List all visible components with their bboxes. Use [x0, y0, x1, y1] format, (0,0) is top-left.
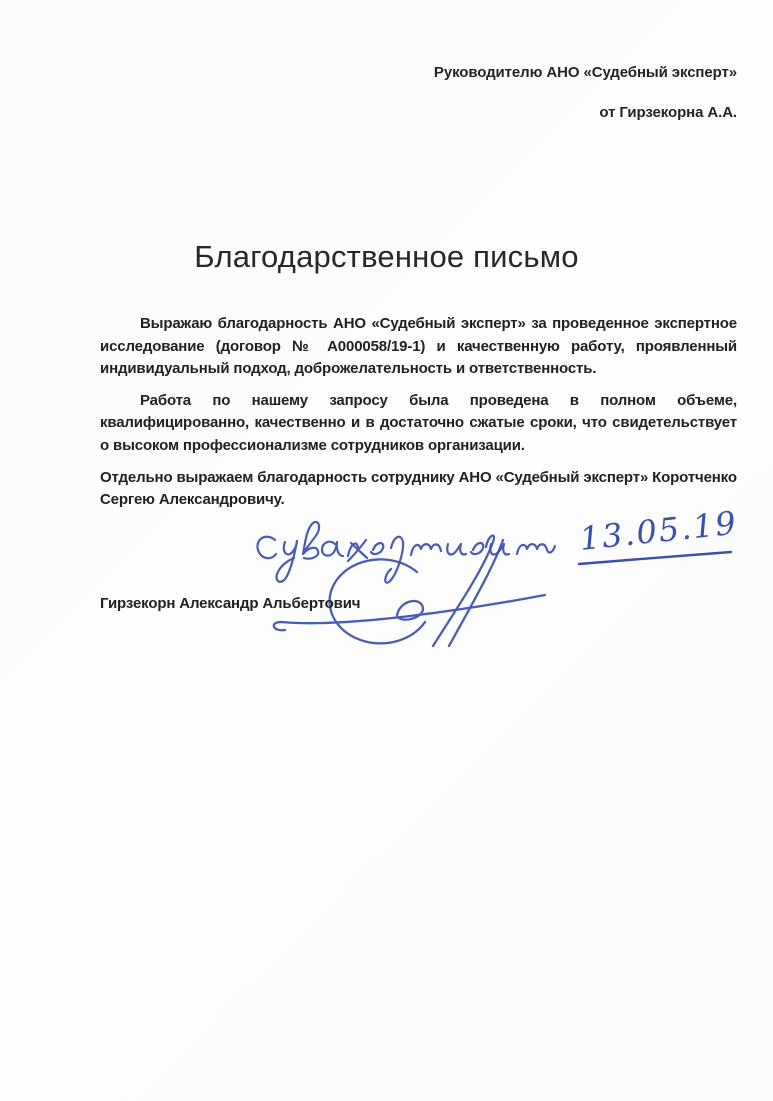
sender-line: от Гирзекорна А.А. [434, 104, 737, 121]
paragraph-work-quality: Работа по нашему запросу была проведена … [100, 390, 737, 458]
recipient-line: Руководителю АНО «Судебный эксперт» [434, 64, 737, 81]
handwritten-closing-strokes [257, 522, 555, 583]
paragraph-gratitude: Выражаю благодарность АНО «Судебный эксп… [100, 313, 737, 381]
letter-body: Выражаю благодарность АНО «Судебный эксп… [100, 313, 737, 521]
letter-title: Благодарственное письмо [0, 239, 773, 275]
handwriting-svg: 13.05.19 [245, 498, 745, 673]
handwritten-date: 13.05.19 [578, 504, 740, 558]
handwriting-block: с уважением 13.05.19 [245, 498, 745, 673]
handwritten-date-group: 13.05.19 [578, 504, 740, 564]
signatory-name: Гирзекорн Александр Альбертович [100, 595, 360, 612]
scanned-letter-page: Руководителю АНО «Судебный эксперт» от Г… [0, 0, 773, 1101]
letter-header: Руководителю АНО «Судебный эксперт» от Г… [434, 64, 737, 121]
